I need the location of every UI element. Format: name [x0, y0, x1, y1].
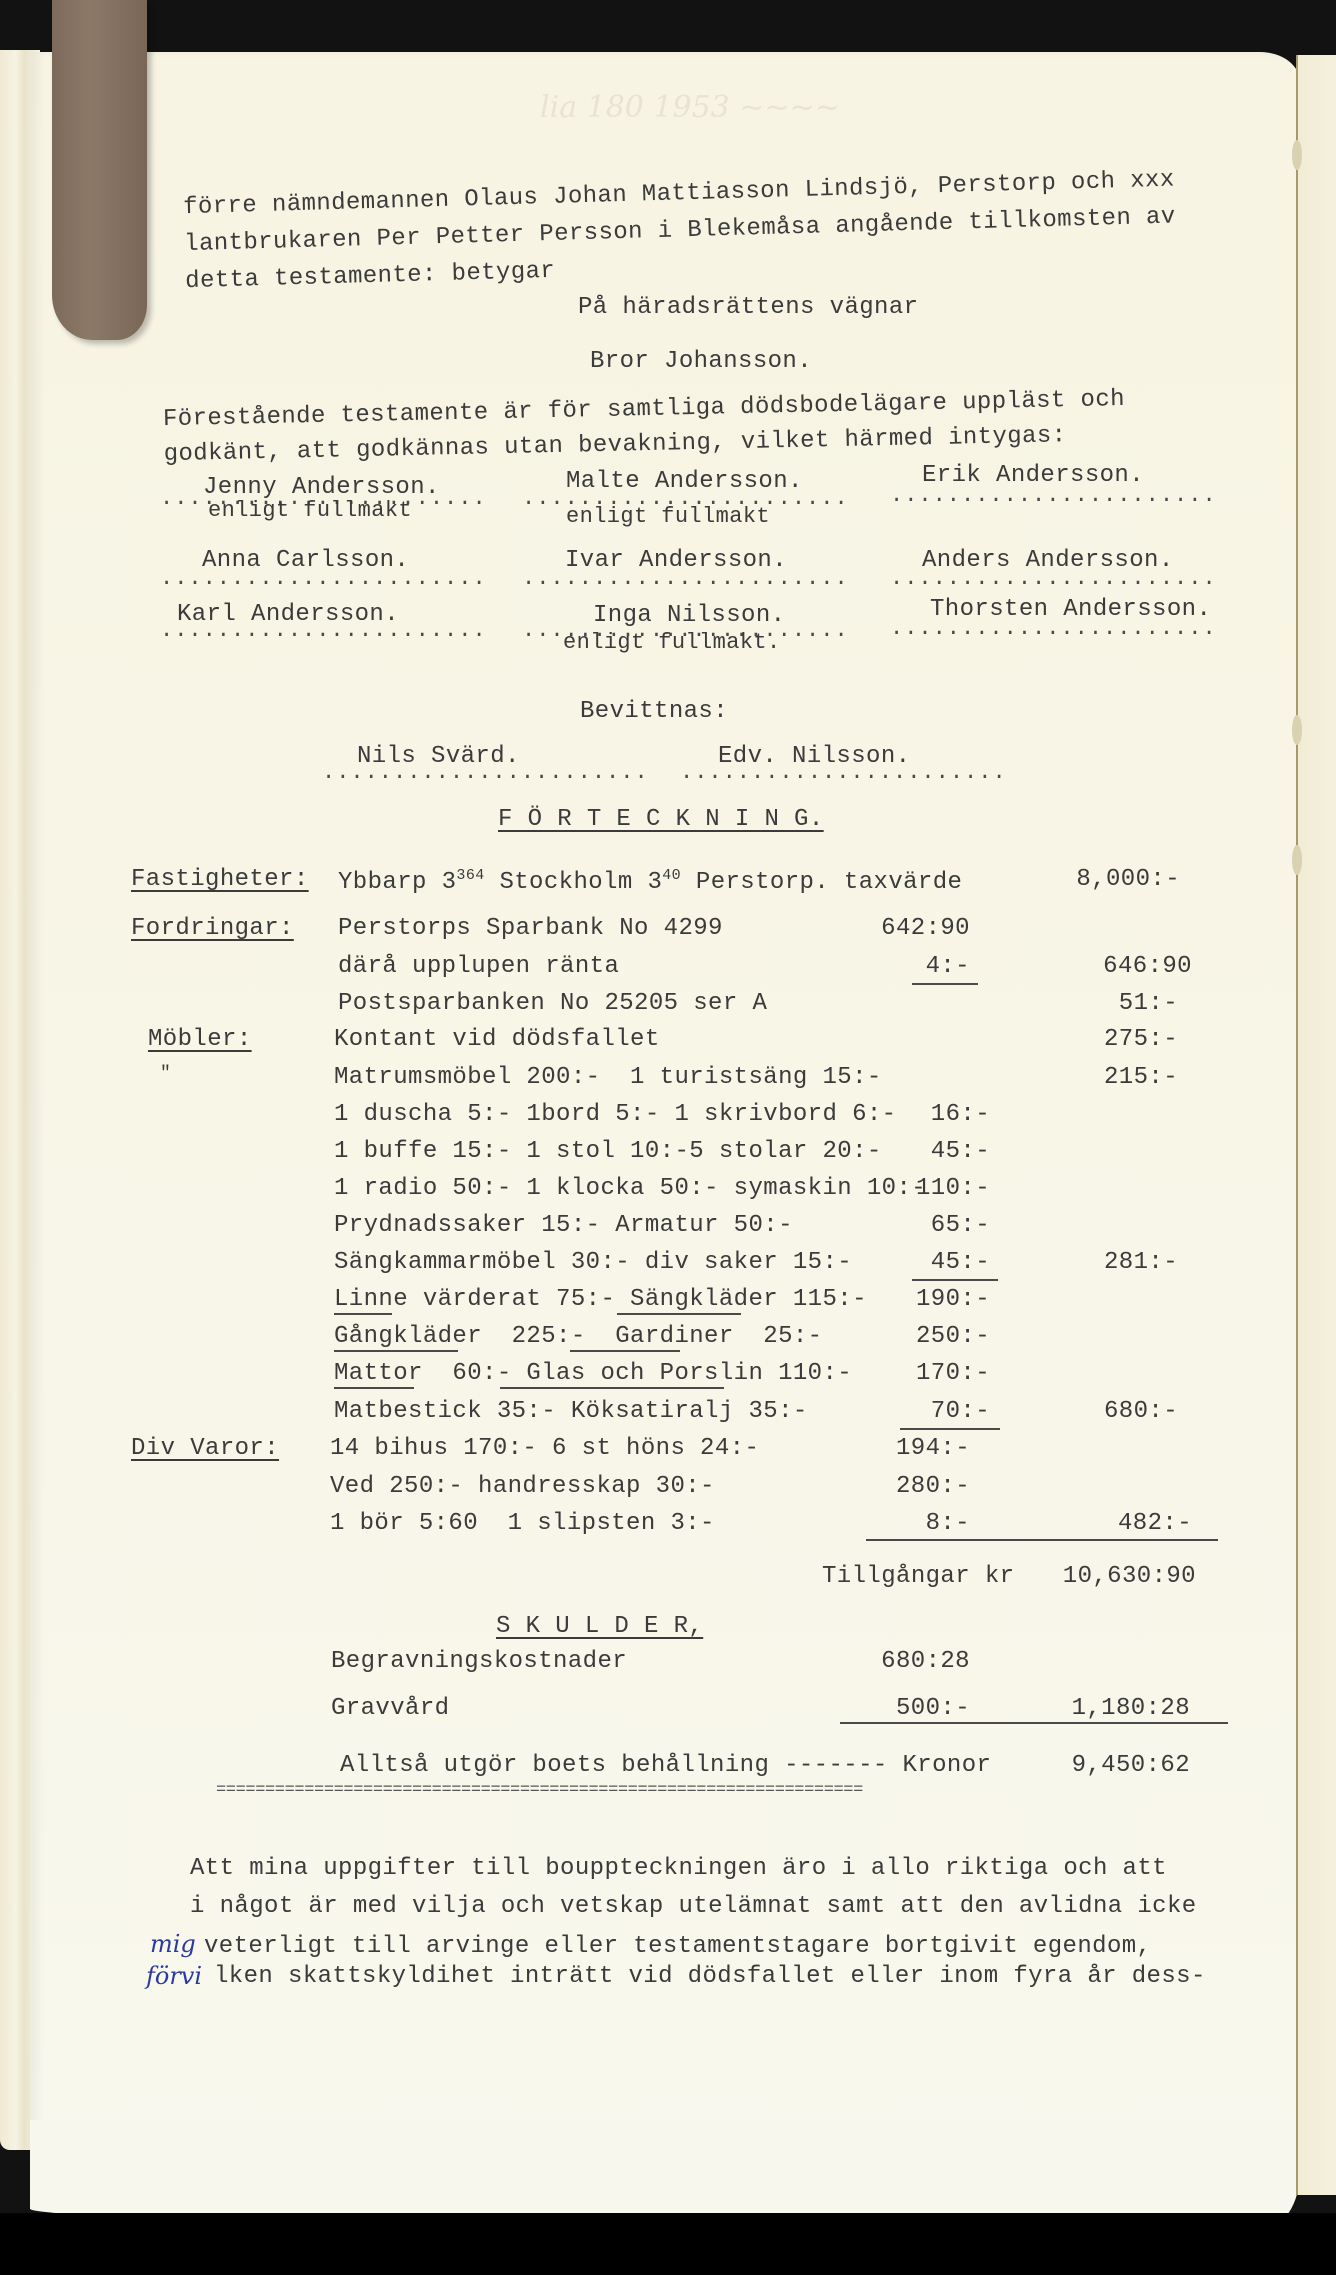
balance-amount: 9,450:62	[1000, 1754, 1190, 1778]
amount-total: 8,000:-	[1000, 868, 1180, 892]
amount-subtotal: 250:-	[830, 1325, 990, 1349]
item-description: därå upplupen ränta	[338, 955, 619, 979]
sum-underline	[866, 1539, 1218, 1541]
signature-dotted-line: .......................	[522, 566, 849, 591]
word-underline	[334, 1350, 458, 1352]
closing-line: lken skattskyldihet inträtt vid dödsfall…	[214, 1965, 1206, 1989]
assets-total-label: Tillgångar kr	[822, 1565, 1014, 1589]
item-description: Matrumsmöbel 200:- 1 turistsäng 15:-	[334, 1066, 882, 1090]
category-label-div-varor: Div Varor:	[131, 1437, 279, 1461]
sum-underline	[912, 983, 978, 985]
item-description: Gångkläder 225:- Gardiner 25:-	[334, 1325, 822, 1349]
amount-subtotal: 70:-	[830, 1400, 990, 1424]
amount-subtotal: 45:-	[830, 1251, 990, 1275]
amount-subtotal: 500:-	[830, 1697, 970, 1721]
heir-note: enligt fullmakt	[566, 506, 770, 528]
handwritten-annotation: förvi	[146, 1962, 202, 1990]
word-underline	[334, 1313, 392, 1315]
debts-heading: S K U L D E R,	[496, 1615, 703, 1639]
item-description: 1 duscha 5:- 1bord 5:- 1 skrivbord 6:-	[334, 1103, 897, 1127]
sum-underline	[840, 1722, 1228, 1724]
item-description: Perstorps Sparbank No 4299	[338, 917, 723, 941]
amount-subtotal: 16:-	[830, 1103, 990, 1127]
debt-description: Begravningskostnader	[331, 1650, 627, 1674]
word-underline	[334, 1387, 414, 1389]
item-description: Postsparbanken No 25205 ser A	[338, 992, 767, 1016]
amount-subtotal: 110:-	[830, 1177, 990, 1201]
binding-notch	[1292, 845, 1302, 875]
property-description: Ybbarp 3364 Stockholm 340 Perstorp. taxv…	[338, 868, 962, 895]
double-rule: ========================================…	[216, 1782, 863, 1799]
signature-dotted-line: .......................	[890, 616, 1217, 641]
handwritten-annotation: mig	[150, 1930, 196, 1958]
ditto-mark: "	[160, 1065, 171, 1083]
item-description: 1 bör 5:60 1 slipsten 3:-	[330, 1512, 715, 1536]
item-description: Ved 250:- handresskap 30:-	[330, 1475, 715, 1499]
signature-dotted-line: .......................	[890, 483, 1217, 508]
amount-total: 51:-	[1000, 992, 1178, 1016]
item-description: 1 buffe 15:- 1 stol 10:-5 stolar 20:-	[334, 1140, 882, 1164]
item-description: Linne värderat 75:- Sängkläder 115:-	[334, 1288, 867, 1312]
amount-total: 281:-	[1000, 1251, 1178, 1275]
closing-line: i något är med vilja och vetskap utelämn…	[190, 1895, 1197, 1919]
amount-subtotal: 280:-	[830, 1475, 970, 1499]
court-line: På häradsrättens vägnar	[578, 296, 918, 320]
court-signer: Bror Johansson.	[590, 350, 812, 374]
bleed-through-text: lia 180 1953 ~~~~	[540, 90, 840, 125]
amount-subtotal: 8:-	[830, 1512, 970, 1536]
closing-line: veterligt till arvinge eller testamentst…	[204, 1935, 1151, 1959]
sum-underline	[900, 1428, 1000, 1430]
closing-line: Att mina uppgifter till bouppteckningen …	[190, 1857, 1167, 1881]
balance-label: Alltså utgör boets behållning ------- Kr…	[340, 1754, 991, 1778]
scan-bottom-bar	[0, 2213, 1336, 2275]
item-description: Matbestick 35:- Köksatiralj 35:-	[334, 1400, 808, 1424]
word-underline	[617, 1313, 741, 1315]
category-label-mobler: Möbler:	[148, 1028, 252, 1052]
amount-total: 646:90	[1000, 955, 1192, 979]
amount-total: 680:-	[1000, 1400, 1178, 1424]
amount-subtotal: 65:-	[830, 1214, 990, 1238]
item-description: Kontant vid dödsfallet	[334, 1028, 660, 1052]
heir-note: enligt fullmakt.	[563, 632, 781, 654]
sum-underline	[912, 1279, 998, 1281]
amount-total: 1,180:28	[1000, 1697, 1190, 1721]
word-underline	[500, 1387, 724, 1389]
item-description: 14 bihus 170:- 6 st höns 24:-	[330, 1437, 759, 1461]
category-label-fordringar: Fordringar:	[131, 917, 294, 941]
amount-subtotal: 194:-	[830, 1437, 970, 1461]
witness-heading: Bevittnas:	[580, 700, 728, 724]
debt-description: Gravvård	[331, 1697, 449, 1721]
amount-subtotal: 642:90	[830, 917, 970, 941]
signature-dotted-line: .......................	[160, 566, 487, 591]
signature-dotted-line: .......................	[160, 618, 487, 643]
item-description: Mattor 60:- Glas och Porslin 110:-	[334, 1362, 852, 1386]
signature-dotted-line: .......................	[322, 760, 649, 785]
amount-subtotal: 680:28	[830, 1650, 970, 1674]
amount-total: 275:-	[1000, 1028, 1178, 1052]
wooden-page-clip	[52, 0, 147, 340]
heir-note: enligt fullmakt	[208, 500, 412, 522]
assets-total-amount: 10,630:90	[1000, 1565, 1196, 1589]
amount-total: 482:-	[1000, 1512, 1192, 1536]
category-label-fastigheter: Fastigheter:	[131, 868, 309, 892]
signature-dotted-line: .......................	[890, 566, 1217, 591]
signature-dotted-line: .......................	[680, 760, 1007, 785]
amount-subtotal: 190:-	[830, 1288, 990, 1312]
amount-subtotal: 45:-	[830, 1140, 990, 1164]
inventory-heading: F Ö R T E C K N I N G.	[498, 808, 824, 832]
adjacent-page-edge	[1296, 55, 1336, 2195]
amount-subtotal: 170:-	[830, 1362, 990, 1386]
item-description: Prydnadssaker 15:- Armatur 50:-	[334, 1214, 793, 1238]
amount-total: 215:-	[1000, 1066, 1178, 1090]
binding-notch	[1292, 140, 1302, 170]
amount-subtotal: 4:-	[830, 955, 970, 979]
item-description: Sängkammarmöbel 30:- div saker 15:-	[334, 1251, 852, 1275]
binding-notch	[1292, 715, 1302, 745]
word-underline	[570, 1350, 680, 1352]
